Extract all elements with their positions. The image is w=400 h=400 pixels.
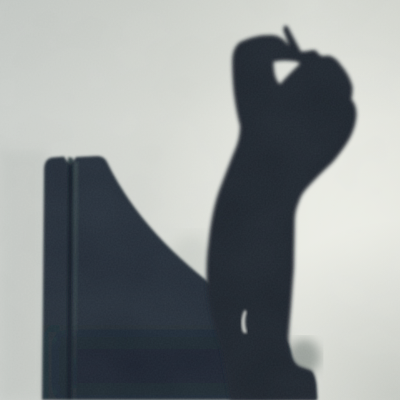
photo-frame — [0, 0, 400, 400]
film-grain-texture — [0, 0, 400, 400]
photograph — [0, 0, 400, 400]
